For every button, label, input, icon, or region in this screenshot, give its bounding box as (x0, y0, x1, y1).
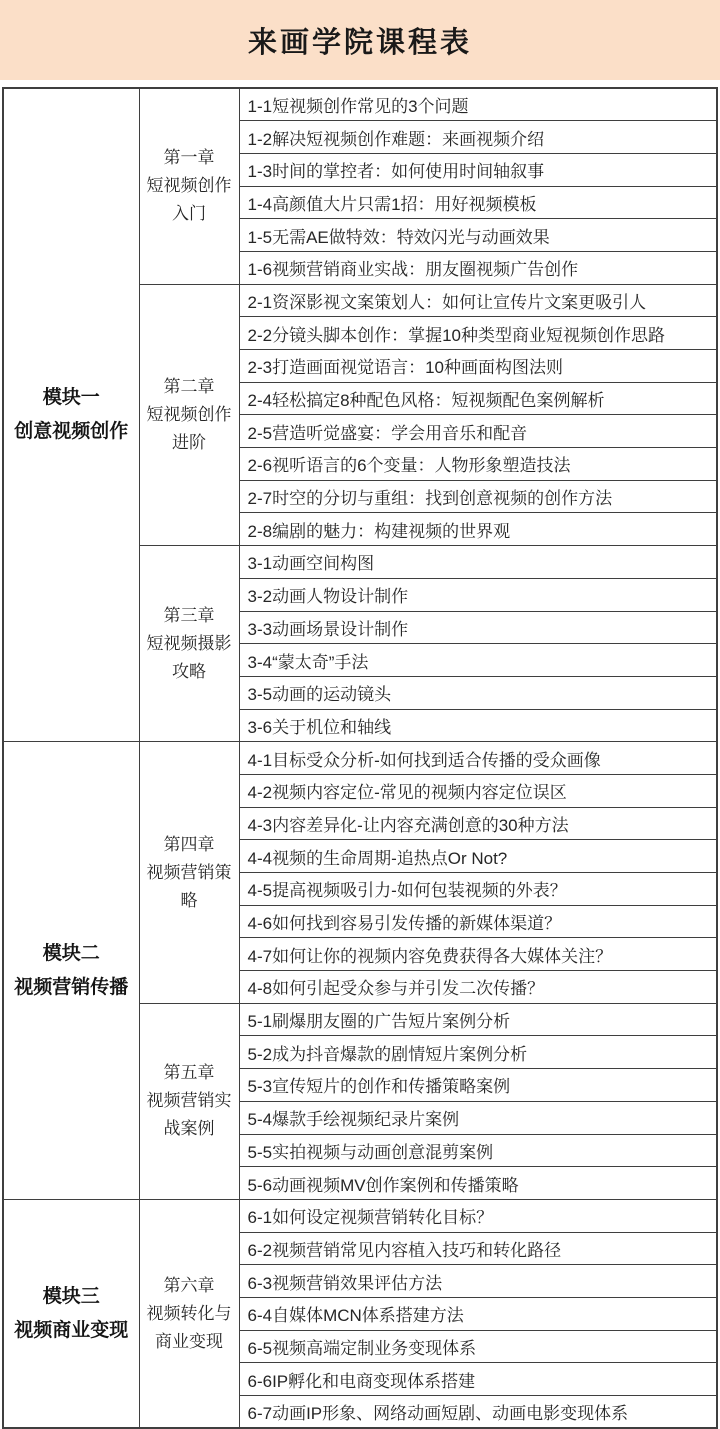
page: 来画学院课程表 模块一创意视频创作第一章短视频创作入门1-1短视频创作常见的3个… (0, 0, 720, 1429)
chapter-number: 第三章 (146, 602, 233, 630)
lesson-title: 4-4视频的生命周期-追热点Or Not? (239, 840, 717, 873)
chapter-number: 第四章 (146, 831, 233, 859)
lesson-title: 5-5实拍视频与动画创意混剪案例 (239, 1134, 717, 1167)
lesson-title: 3-1动画空间构图 (239, 546, 717, 579)
lesson-title: 3-5动画的运动镜头 (239, 676, 717, 709)
lesson-title: 3-2动画人物设计制作 (239, 578, 717, 611)
lesson-title: 2-4轻松搞定8种配色风格：短视频配色案例解析 (239, 382, 717, 415)
lesson-title: 6-5视频高端定制业务变现体系 (239, 1330, 717, 1363)
course-table: 模块一创意视频创作第一章短视频创作入门1-1短视频创作常见的3个问题1-2解决短… (2, 87, 718, 1429)
lesson-title: 2-2分镜头脚本创作：掌握10种类型商业短视频创作思路 (239, 317, 717, 350)
lesson-title: 4-8如何引起受众参与并引发二次传播？ (239, 971, 717, 1004)
lesson-title: 2-1资深影视文案策划人：如何让宣传片文案更吸引人 (239, 284, 717, 317)
lesson-title: 2-6视听语言的6个变量：人物形象塑造技法 (239, 448, 717, 481)
lesson-title: 5-4爆款手绘视频纪录片案例 (239, 1101, 717, 1134)
module-number: 模块一 (9, 381, 134, 415)
lesson-title: 6-1如何设定视频营销转化目标？ (239, 1199, 717, 1232)
lesson-title: 6-2视频营销常见内容植入技巧和转化路径 (239, 1232, 717, 1265)
chapter-number: 第五章 (146, 1059, 233, 1087)
module-title: 创意视频创作 (9, 415, 134, 449)
lesson-title: 5-3宣传短片的创作和传播策略案例 (239, 1069, 717, 1102)
lesson-title: 4-5提高视频吸引力-如何包装视频的外表？ (239, 873, 717, 906)
chapter-cell: 第一章短视频创作入门 (139, 88, 239, 284)
lesson-title: 2-7时空的分切与重组：找到创意视频的创作方法 (239, 480, 717, 513)
lesson-title: 6-4自媒体MCN体系搭建方法 (239, 1297, 717, 1330)
chapter-number: 第二章 (146, 373, 233, 401)
lesson-title: 4-2视频内容定位-常见的视频内容定位误区 (239, 774, 717, 807)
chapter-cell: 第三章短视频摄影攻略 (139, 546, 239, 742)
chapter-title: 视频营销策略 (146, 859, 233, 915)
lesson-title: 6-3视频营销效果评估方法 (239, 1265, 717, 1298)
chapter-title: 视频转化与商业变现 (146, 1300, 233, 1356)
module-cell: 模块三视频商业变现 (3, 1199, 139, 1428)
chapter-title: 短视频创作进阶 (146, 401, 233, 457)
lesson-row: 模块一创意视频创作第一章短视频创作入门1-1短视频创作常见的3个问题 (3, 88, 717, 121)
lesson-title: 6-7动画IP形象、网络动画短剧、动画电影变现体系 (239, 1396, 717, 1429)
lesson-title: 4-6如何找到容易引发传播的新媒体渠道？ (239, 905, 717, 938)
module-cell: 模块二视频营销传播 (3, 742, 139, 1200)
chapter-title: 短视频创作入门 (146, 172, 233, 228)
chapter-cell: 第二章短视频创作进阶 (139, 284, 239, 546)
lesson-title: 2-5营造听觉盛宴：学会用音乐和配音 (239, 415, 717, 448)
lesson-title: 1-4高颜值大片只需1招：用好视频模板 (239, 186, 717, 219)
page-title: 来画学院课程表 (248, 20, 472, 61)
chapter-title: 视频营销实战案例 (146, 1087, 233, 1143)
chapter-cell: 第四章视频营销策略 (139, 742, 239, 1004)
module-number: 模块二 (9, 937, 134, 971)
chapter-cell: 第五章视频营销实战案例 (139, 1003, 239, 1199)
lesson-row: 模块三视频商业变现第六章视频转化与商业变现6-1如何设定视频营销转化目标？ (3, 1199, 717, 1232)
module-cell: 模块一创意视频创作 (3, 88, 139, 742)
module-title: 视频商业变现 (9, 1314, 134, 1348)
lesson-title: 2-3打造画面视觉语言：10种画面构图法则 (239, 350, 717, 383)
lesson-title: 3-3动画场景设计制作 (239, 611, 717, 644)
chapter-cell: 第六章视频转化与商业变现 (139, 1199, 239, 1428)
lesson-title: 1-3时间的掌控者：如何使用时间轴叙事 (239, 153, 717, 186)
lesson-title: 4-7如何让你的视频内容免费获得各大媒体关注？ (239, 938, 717, 971)
header-banner: 来画学院课程表 (0, 0, 720, 80)
module-number: 模块三 (9, 1280, 134, 1314)
chapter-number: 第六章 (146, 1272, 233, 1300)
lesson-title: 5-6动画视频MV创作案例和传播策略 (239, 1167, 717, 1200)
lesson-title: 4-1目标受众分析-如何找到适合传播的受众画像 (239, 742, 717, 775)
lesson-title: 6-6IP孵化和电商变现体系搭建 (239, 1363, 717, 1396)
lesson-title: 3-6关于机位和轴线 (239, 709, 717, 742)
lesson-title: 1-1短视频创作常见的3个问题 (239, 88, 717, 121)
module-title: 视频营销传播 (9, 971, 134, 1005)
lesson-title: 3-4“蒙太奇”手法 (239, 644, 717, 677)
lesson-title: 1-2解决短视频创作难题：来画视频介绍 (239, 121, 717, 154)
lesson-title: 2-8编剧的魅力：构建视频的世界观 (239, 513, 717, 546)
chapter-number: 第一章 (146, 144, 233, 172)
chapter-title: 短视频摄影攻略 (146, 630, 233, 686)
lesson-title: 5-1刷爆朋友圈的广告短片案例分析 (239, 1003, 717, 1036)
lesson-title: 4-3内容差异化-让内容充满创意的30种方法 (239, 807, 717, 840)
lesson-title: 5-2成为抖音爆款的剧情短片案例分析 (239, 1036, 717, 1069)
lesson-row: 模块二视频营销传播第四章视频营销策略4-1目标受众分析-如何找到适合传播的受众画… (3, 742, 717, 775)
lesson-title: 1-6视频营销商业实战：朋友圈视频广告创作 (239, 251, 717, 284)
lesson-title: 1-5无需AE做特效：特效闪光与动画效果 (239, 219, 717, 252)
course-table-body: 模块一创意视频创作第一章短视频创作入门1-1短视频创作常见的3个问题1-2解决短… (3, 88, 717, 1428)
